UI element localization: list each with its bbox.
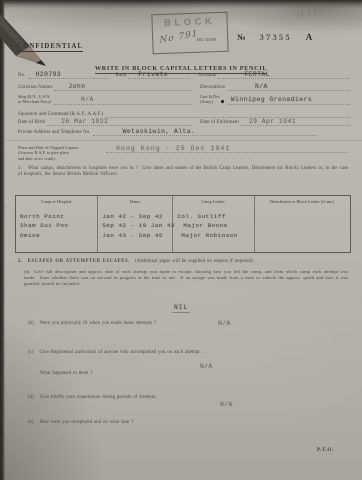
camps-table: Camp or Hospital. North Point Sham Sui P…: [15, 195, 351, 253]
camps-table-col-camp: Camp or Hospital. North Point Sham Sui P…: [16, 196, 98, 252]
decorations-field: N/A: [227, 83, 350, 91]
camps-table-header: Detachment or Block Leader (if any).: [255, 196, 350, 212]
question2b-line: (b) Were you physically fit when you mad…: [28, 321, 156, 327]
dob-label: Date of Birth: [18, 120, 45, 126]
unit-group: Unit & Div. (Army) Winnipeg Grenadiers: [200, 94, 350, 105]
pow-questionnaire-scan: CONFIDENTIAL BLOCK No 791 M.I. 9/JAP. № …: [0, 0, 362, 480]
table-row: [255, 212, 350, 222]
table-row: Omine: [16, 231, 97, 241]
enlistment-field: 29 Apr 1941: [241, 118, 350, 126]
christian-names-field: John: [54, 83, 192, 91]
question2c-label: (c): [28, 350, 34, 356]
ship-group: Ship (R.N., U.S.N. or Merchant Navy) N/A: [18, 94, 192, 105]
mi9-reference: M.I. 9/JAP.: [197, 37, 217, 42]
christian-names-label: Christian Names: [18, 85, 52, 91]
question2d-label: (d): [28, 395, 34, 401]
dob-group: Date of Birth 26 Mar 1922: [18, 118, 192, 126]
dob-value: 26 Mar 1922: [47, 119, 108, 125]
question2b-text: Were you physically fit when you made th…: [40, 321, 157, 327]
unit-field: Winnipeg Grenadiers: [227, 97, 350, 105]
camps-table-header: Camp Leader.: [173, 196, 253, 212]
question2c-answer: N/A: [200, 364, 213, 370]
enlistment-group: Date of Enlistment 29 Apr 1941: [200, 118, 350, 126]
question2-note: (Additional paper will be supplied on re…: [135, 259, 254, 265]
table-row: Jan 42 - Sep 42: [98, 212, 172, 222]
ink-dot: [221, 100, 224, 103]
capture-label: Place and Date of Original Capture (Airc…: [18, 145, 106, 161]
enlistment-value: 29 Apr 1941: [241, 119, 296, 125]
table-row: [255, 222, 350, 232]
question2-heading: 2. ESCAPES OR ATTEMPTED ESCAPES. (Additi…: [18, 259, 350, 265]
rank-field: Private: [128, 71, 190, 79]
capture-field: Hong Kong - 25 Dec 1941: [106, 145, 348, 153]
question2-title: ESCAPES OR ATTEMPTED ESCAPES.: [28, 259, 130, 265]
row-number-rank-surname: No. H20793 Rank Private Surname FERTAL: [18, 71, 350, 79]
row-address: Private Address and Telephone No. Wetask…: [18, 128, 317, 136]
capture-value: Hong Kong - 25 Dec 1941: [106, 146, 231, 152]
question2e-label: (e): [28, 420, 34, 426]
question2-number: 2.: [18, 259, 22, 265]
rank-label: Rank: [116, 73, 127, 79]
serial-number-block: № 37355 A: [237, 32, 312, 42]
section-divider: [6, 140, 362, 141]
block-stamp: BLOCK No 791: [151, 12, 228, 55]
question2c-text: Give Regimental particulars of anyone wh…: [40, 350, 201, 356]
surname-value: FERTAL: [218, 72, 270, 78]
series-letter: A: [306, 32, 313, 42]
table-row: Sep 42 - 19 Jan 43: [98, 222, 172, 232]
decorations-label: Decorations: [200, 85, 225, 91]
question2e-line: (e) How were you recaptured and on what …: [28, 420, 133, 426]
ship-value: N/A: [53, 97, 94, 103]
row-ship-unit: Ship (R.N., U.S.N. or Merchant Navy) N/A…: [18, 94, 350, 105]
question2e-text: How were you recaptured and on what date…: [40, 420, 134, 426]
christian-names-value: John: [54, 84, 85, 90]
serial-number: 37355: [260, 32, 292, 42]
camps-table-header: Dates.: [98, 196, 172, 212]
table-row: Major Boone: [173, 222, 253, 232]
rank-value: Private: [128, 72, 168, 78]
decorations-value: N/A: [227, 84, 268, 90]
table-row: North Point: [16, 212, 97, 222]
question2c-followup: What happened to them ?: [40, 371, 93, 377]
question2b-label: (b): [28, 321, 34, 327]
address-label: Private Address and Telephone No.: [18, 130, 91, 136]
pto-label: P.T.O.: [317, 447, 334, 453]
row-squadron: Squadron and Command (R.A.F., A.A.F.): [18, 110, 350, 118]
question2d-line: (d) Give briefly your experiences during…: [28, 395, 157, 401]
address-value: Wetaskiwin, Alta.: [93, 129, 196, 135]
question2b-answer: N/A: [218, 321, 231, 327]
confidential-marking: CONFIDENTIAL: [17, 35, 83, 53]
numero-sign: №: [237, 32, 246, 42]
confidential-label: CONFIDENTIAL: [17, 43, 83, 52]
table-row: Jan 43 - Sep 45: [98, 231, 172, 241]
address-field: Wetaskiwin, Alta.: [93, 128, 317, 136]
row-dates: Date of Birth 26 Mar 1922 Date of Enlist…: [18, 118, 350, 126]
row-names-decorations: Christian Names John Decorations N/A: [18, 83, 350, 91]
unit-value: Winnipeg Grenadiers: [227, 97, 312, 103]
table-row: [255, 231, 350, 241]
question1-text: 1. What camps, detachments or hospitals …: [18, 166, 348, 178]
dob-field: 26 Mar 1922: [47, 118, 192, 126]
camps-table-header: Camp or Hospital.: [16, 196, 97, 212]
surname-label: Surname: [198, 73, 216, 79]
squadron-field: [105, 110, 350, 118]
capture-block: Place and Date of Original Capture (Airc…: [18, 145, 348, 161]
question2d-text: Give briefly your experiences during per…: [40, 395, 157, 401]
question2a-text: (a) Give full description and approx. da…: [24, 269, 348, 287]
surname-field: FERTAL: [218, 71, 350, 79]
ship-label: Ship (R.N., U.S.N. or Merchant Navy): [18, 94, 51, 105]
table-row: Major Robinson: [173, 231, 253, 241]
no-label: No.: [18, 73, 26, 79]
ship-field: N/A: [53, 97, 192, 105]
table-row: Col. Sutliff: [173, 212, 253, 222]
enlistment-label: Date of Enlistment: [200, 120, 239, 126]
service-number-value: H20793: [28, 72, 62, 78]
faint-pencil-note: HIC: [296, 7, 325, 20]
service-number-field: H20793: [28, 71, 108, 79]
camps-table-col-leader: Camp Leader. Col. Sutliff Major Boone Ma…: [173, 196, 254, 252]
question2c-line: (c) Give Regimental particulars of anyon…: [28, 350, 201, 356]
camps-table-col-detachment: Detachment or Block Leader (if any).: [255, 196, 350, 252]
camps-table-col-dates: Dates. Jan 42 - Sep 42 Sep 42 - 19 Jan 4…: [98, 196, 173, 252]
unit-label: Unit & Div. (Army): [200, 94, 220, 105]
table-row: Sham Sui Poo: [16, 222, 97, 232]
question2d-answer: N/A: [220, 402, 233, 408]
question2a-answer: NIL: [172, 296, 190, 314]
